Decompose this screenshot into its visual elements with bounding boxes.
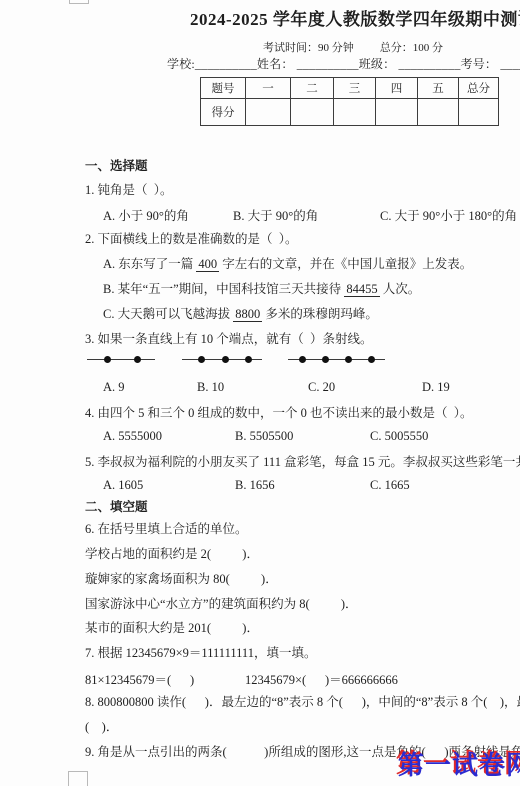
student-info-line: 学校:__________姓名： __________班级： _________… — [167, 56, 520, 72]
question-1-options: A. 小于 90°的角 B. 大于 90°的角 C. 大于 90°小于 180°… — [85, 206, 520, 222]
score-table: 题号 一 二 三 四 五 总分 得分 — [200, 77, 499, 126]
q2-a-text-tail: 字左右的文章，并在《中国儿童报》上发表。 — [219, 257, 472, 271]
line-segments-figure — [85, 352, 405, 366]
question-7: 7. 根据 12345679×9＝111111111，填一填。 — [85, 645, 316, 661]
q2-c-underlined-number: 8800 — [233, 307, 262, 322]
score-table-cell-三: 三 — [334, 78, 376, 99]
q5-option-b: B. 1656 — [235, 478, 275, 493]
q1-option-a: A. 小于 90°的角 — [103, 206, 189, 224]
q3-option-c: C. 20 — [308, 380, 335, 395]
figure-segment-1 — [87, 359, 155, 360]
section1-heading: 一、选择题 — [85, 158, 148, 174]
q6-blank-line-1: 学校占地的面积约是 2( )． — [85, 546, 259, 562]
question-6: 6. 在括号里填上合适的单位。 — [85, 521, 248, 537]
score-table-cell-四: 四 — [376, 78, 418, 99]
figure-endpoint-dot — [322, 356, 329, 363]
q2-option-c: C. 大天鹅可以飞越海拔 8800 多米的珠穆朗玛峰。 — [103, 306, 378, 322]
score-table-cell-总分: 总分 — [459, 78, 499, 99]
score-cell-empty — [376, 99, 418, 126]
question-8-continuation: ( )． — [85, 719, 118, 735]
score-cell-empty — [334, 99, 376, 126]
q1-option-b: B. 大于 90°的角 — [233, 206, 318, 224]
q2-a-underlined-number: 400 — [196, 257, 219, 272]
q3-option-a: A. 9 — [103, 380, 125, 395]
q2-c-text-tail: 多米的珠穆朗玛峰。 — [262, 307, 378, 321]
figure-endpoint-dot — [245, 356, 252, 363]
q4-option-a: A. 5555000 — [103, 429, 162, 444]
q3-option-d: D. 19 — [422, 380, 450, 395]
question-5: 5. 李叔叔为福利院的小朋友买了 111 盒彩笔，每盒 15 元。李叔叔买这些彩… — [85, 454, 520, 470]
q2-a-text: A. 东东写了一篇 — [103, 257, 196, 271]
q6-blank-line-2: 璇婶家的家禽场面积为 80( )． — [85, 571, 278, 587]
score-cell-empty — [246, 99, 291, 126]
q2-option-b: B. 某年“五一”期间，中国科技馆三天共接待 84455 人次。 — [103, 281, 420, 297]
question-3-options: A. 9 B. 10 C. 20 D. 19 — [85, 380, 520, 396]
figure-endpoint-dot — [134, 356, 141, 363]
score-table-cell-二: 二 — [291, 78, 334, 99]
score-cell-empty — [418, 99, 459, 126]
exam-time-label: 考试时间：90 分钟 — [263, 42, 354, 54]
score-table-header-row: 题号 一 二 三 四 五 总分 — [201, 78, 499, 99]
score-cell-empty — [459, 99, 499, 126]
q7-equation-1: 81×12345679＝( ) — [85, 670, 194, 688]
q4-option-b: B. 5505500 — [235, 429, 293, 444]
section2-heading: 二、填空题 — [85, 499, 148, 515]
question-5-options: A. 1605 B. 1656 C. 1665 — [85, 478, 520, 494]
q2-c-text: C. 大天鹅可以飞越海拔 — [103, 307, 233, 321]
total-score-label: 总分：100 分 — [380, 42, 443, 54]
figure-endpoint-dot — [299, 356, 306, 363]
question-4: 4. 由四个 5 和三个 0 组成的数中，一个 0 也不读出来的最小数是（ ）。 — [85, 405, 473, 421]
score-table-cell-题号: 题号 — [201, 78, 246, 99]
q5-option-c: C. 1665 — [370, 478, 410, 493]
score-table-cell-一: 一 — [246, 78, 291, 99]
question-4-options: A. 5555000 B. 5505500 C. 5005550 — [85, 429, 520, 445]
score-table-cell-五: 五 — [418, 78, 459, 99]
question-1: 1. 钝角是（ ）。 — [85, 182, 173, 198]
question-3: 3. 如果一条直线上有 10 个端点，就有（ ）条射线。 — [85, 331, 373, 347]
question-8: 8. 800800800 读作( )．最左边的“8”表示 8 个( )，中间的“… — [85, 694, 520, 710]
question-2: 2. 下面横线上的数是准确数的是（ ）。 — [85, 231, 298, 247]
q6-blank-line-3: 国家游泳中心“水立方”的建筑面积约为 8( )． — [85, 596, 358, 612]
score-cell-empty — [291, 99, 334, 126]
figure-endpoint-dot — [368, 356, 375, 363]
question-7-equations: 81×12345679＝( ) 12345679×( )＝666666666 — [85, 670, 520, 686]
watermark-diyishijuanwang: 第一试卷网 — [398, 745, 520, 782]
figure-endpoint-dot — [345, 356, 352, 363]
figure-endpoint-dot — [222, 356, 229, 363]
figure-endpoint-dot — [198, 356, 205, 363]
q3-option-b: B. 10 — [197, 380, 224, 395]
scan-artifact-bottom — [68, 771, 88, 786]
q5-option-a: A. 1605 — [103, 478, 143, 493]
q1-option-c: C. 大于 90°小于 180°的角 — [380, 206, 517, 224]
q2-b-text-tail: 人次。 — [380, 282, 421, 296]
exam-paper-page: 2024-2025 学年度人教版数学四年级期中测试 考试时间：90 分钟总分：1… — [0, 0, 520, 786]
score-table-cell-得分: 得分 — [201, 99, 246, 126]
page-title: 2024-2025 学年度人教版数学四年级期中测试 — [190, 12, 520, 28]
exam-info-line: 考试时间：90 分钟总分：100 分 — [263, 40, 443, 56]
figure-endpoint-dot — [104, 356, 111, 363]
score-table-score-row: 得分 — [201, 99, 499, 126]
q7-equation-2: 12345679×( )＝666666666 — [245, 670, 398, 688]
q4-option-c: C. 5005550 — [370, 429, 428, 444]
q2-option-a: A. 东东写了一篇 400 字左右的文章，并在《中国儿童报》上发表。 — [103, 256, 472, 272]
q2-b-underlined-number: 84455 — [344, 282, 379, 297]
q2-b-text: B. 某年“五一”期间，中国科技馆三天共接待 — [103, 282, 344, 296]
scan-artifact-top — [69, 0, 89, 4]
q6-blank-line-4: 某市的面积大约是 201( )． — [85, 620, 259, 636]
